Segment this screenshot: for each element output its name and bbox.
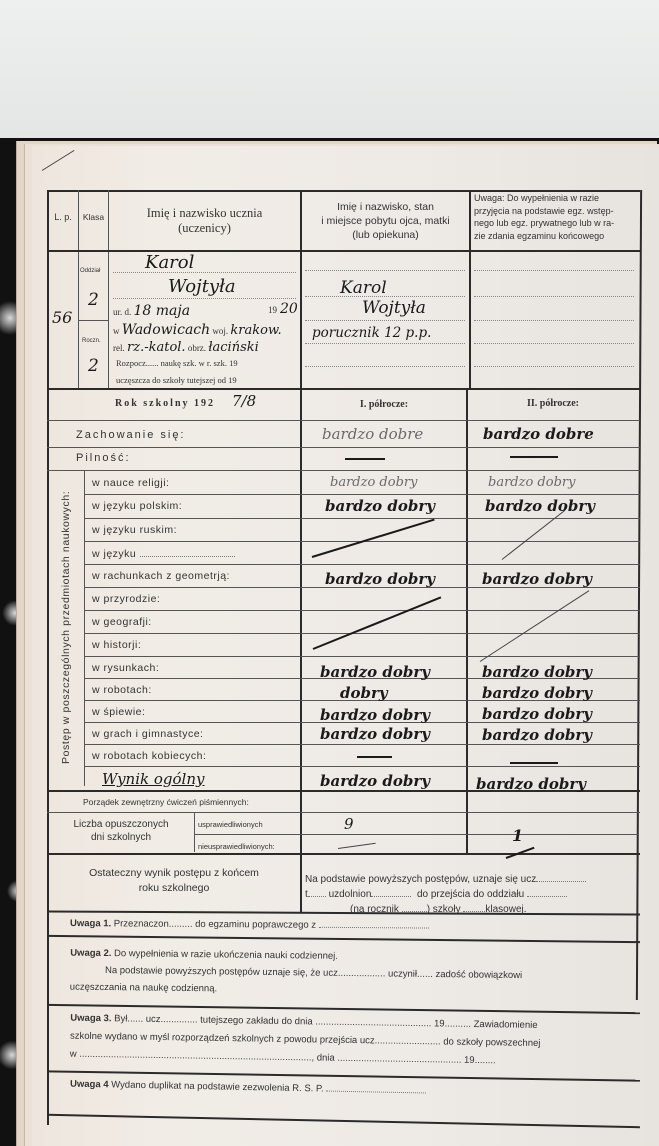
dotted-line <box>326 1082 426 1094</box>
diligence-label: Pilność: <box>76 452 131 464</box>
absences-label-line: dni szkolnych <box>48 831 194 844</box>
grade-polish-s1: bardzo dobry <box>325 497 435 515</box>
subject-religion: w nauce religji: <box>92 477 169 489</box>
justified-s2: 1 <box>512 826 523 845</box>
written-order-label: Porządek zewnętrzny ćwiczeń piśmiennych: <box>83 797 249 807</box>
final-label-line: Ostateczny wynik postępu z końcem <box>48 866 300 881</box>
dotted-line <box>463 902 485 912</box>
dotted-line <box>371 887 411 897</box>
birthplace: Wadowicach <box>122 322 210 338</box>
conduct-s2: bardzo dobre <box>483 425 594 443</box>
final-label-line: roku szkolnego <box>48 881 300 896</box>
header-note-line: przyjęcia na podstawie egz. wstęp- <box>474 205 638 218</box>
grade-arithmetic-s2: bardzo dobry <box>482 570 592 588</box>
student-first-name: Karol <box>145 252 194 273</box>
dotted-line <box>474 270 634 271</box>
grade-handicraft-s1: dobry <box>340 684 388 702</box>
dotted-line <box>402 902 427 912</box>
semester-2-header: II. półrocze: <box>468 398 638 409</box>
needlework-s2-dash <box>510 762 558 764</box>
subject-geography: w geografji: <box>92 616 152 628</box>
conduct-label: Zachowanie się: <box>76 429 186 441</box>
dotted-line <box>536 872 586 882</box>
header-parent-line: i miejsce pobytu ojca, matki <box>302 214 469 228</box>
final-text: Na podstawie powyższych postępów, uznaje… <box>305 872 638 917</box>
religion-line: rel. rz.-katol. obrz. łaciński <box>113 340 298 355</box>
note-1-text: Przeznaczon......... do egzaminu poprawc… <box>114 918 316 930</box>
justified-s1: 9 <box>344 815 354 833</box>
grade-arithmetic-s1: bardzo dobry <box>325 570 435 588</box>
header-student-name: Imię i nazwisko ucznia (uczenicy) <box>109 206 300 236</box>
subject-singing: w śpiewie: <box>92 706 145 718</box>
note-2-text: Do wypełnienia w razie ukończenia nauki … <box>114 948 338 962</box>
born-year-prefix: 19 <box>268 305 277 315</box>
final-text-line: Na podstawie powyższych postępów, uznaje… <box>305 874 536 885</box>
dotted-line <box>474 320 634 321</box>
parent-first-name: Karol <box>340 278 387 298</box>
birth-line: ur. d. 18 maja 19 20 <box>113 303 298 319</box>
grade-handicraft-s2: bardzo dobry <box>482 684 592 702</box>
final-text-part: (na rocznik <box>350 904 399 915</box>
needlework-s1-dash <box>357 756 392 758</box>
grade-polish-s2: bardzo dobry <box>485 497 595 515</box>
born-label: ur. d. <box>113 307 131 317</box>
dotted-line <box>308 887 326 897</box>
oddzial-value: 2 <box>88 290 99 310</box>
grade-drawing-s1: bardzo dobry <box>320 663 430 681</box>
student-last-name: Wojtyła <box>168 276 236 297</box>
diligence-s1-dash <box>345 458 385 460</box>
school-year-label: Rok szkolny 192 <box>115 398 215 409</box>
woj-label: woj. <box>212 326 228 336</box>
grade-gymnastics-s2: bardzo dobry <box>482 726 592 744</box>
rite-label: obrz. <box>188 343 206 353</box>
header-note-line: Uwaga: Do wypełnienia w razie <box>474 192 638 205</box>
rocznik-value: 2 <box>88 356 99 376</box>
header-klasa: Klasa <box>79 212 108 222</box>
religion-label: rel. <box>113 343 125 353</box>
header-student-name-line: Imię i nazwisko ucznia <box>109 206 300 221</box>
lp-number: 56 <box>52 308 72 327</box>
dotted-line <box>305 320 465 321</box>
dotted-line <box>527 887 567 897</box>
dotted-line <box>113 298 296 299</box>
religion: rz.-katol. <box>127 340 186 355</box>
dotted-line <box>113 272 296 273</box>
grade-drawing-s2: bardzo dobry <box>482 663 592 681</box>
grade-gymnastics-s1: bardzo dobry <box>320 725 430 743</box>
progress-vertical-label: Postęp w poszczególnych przedmiotach nau… <box>60 491 72 764</box>
place-label: w <box>113 326 120 336</box>
header-note: Uwaga: Do wypełnienia w razie przyjęcia … <box>474 192 638 242</box>
grade-overall-s1: bardzo dobry <box>320 772 430 790</box>
grade-religion-s1: bardzo dobry <box>330 475 417 490</box>
final-text-part: do przejścia do oddziału <box>417 889 524 900</box>
justified-label: usprawiedliwionych <box>198 820 263 829</box>
dotted-line <box>140 547 235 557</box>
header-lp: L. p. <box>48 212 78 222</box>
header-note-line: nego lub egz. prywatnego lub w ra- <box>474 217 638 230</box>
subject-drawing: w rysunkach: <box>92 662 159 674</box>
dotted-line <box>474 366 634 367</box>
rite: łaciński <box>208 340 258 355</box>
grade-overall-s2: bardzo dobry <box>476 775 586 793</box>
start-line: Rozpocz...... naukę szk. w r. szk. 19 <box>116 358 238 368</box>
note-1-title: Uwaga 1. <box>70 918 111 929</box>
born-year: 20 <box>280 301 298 317</box>
born-date: 18 maja <box>134 303 191 319</box>
semester-1-header: I. półrocze: <box>302 399 466 410</box>
voivodeship: krakow. <box>230 323 281 338</box>
subject-nature: w przyrodzie: <box>92 593 160 605</box>
final-text-part: ) szkoły <box>427 904 461 915</box>
subject-gymnastics: w grach i gimnastyce: <box>92 728 203 740</box>
attend-line: uczęszcza do szkoły tutejszej od 19 <box>116 375 237 385</box>
header-parent-line: Imię i nazwisko, stan <box>302 200 469 214</box>
absences-label-line: Liczba opuszczonych <box>48 818 194 831</box>
subject-language: w języku <box>92 547 235 560</box>
grade-religion-s2: bardzo dobry <box>488 475 575 490</box>
background-wall <box>0 0 659 140</box>
note-2-title: Uwaga 2. <box>70 948 111 960</box>
dotted-line <box>305 343 465 344</box>
subject-needlework: w robotach kobiecych: <box>92 750 206 762</box>
subject-history: w historji: <box>92 639 141 651</box>
grade-singing-s1: bardzo dobry <box>320 706 430 724</box>
note-2: Uwaga 2. Do wypełnienia w razie ukończen… <box>70 945 631 1003</box>
final-label: Ostateczny wynik postępu z końcem roku s… <box>48 866 300 896</box>
header-parent: Imię i nazwisko, stan i miejsce pobytu o… <box>302 200 469 242</box>
dotted-line <box>305 366 465 367</box>
final-text-part: klasowej. <box>485 904 526 915</box>
rocznik-label: Roczn. <box>82 338 101 344</box>
dotted-line <box>305 270 465 271</box>
subject-language-label: w języku <box>92 548 136 560</box>
note-4-title: Uwaga 4 <box>70 1079 109 1091</box>
birthplace-line: w Wadowicach woj. krakow. <box>113 322 298 338</box>
header-parent-line: (lub opiekuna) <box>302 228 469 242</box>
subject-ruthenian: w języku ruskim: <box>92 524 177 536</box>
final-text-part: uzdolnion <box>329 889 372 900</box>
conduct-s1: bardzo dobre <box>322 425 423 443</box>
parent-occupation: porucznik 12 p.p. <box>312 325 431 341</box>
dotted-line <box>319 918 429 929</box>
parent-last-name: Wojtyła <box>362 298 426 318</box>
oddzial-label: Oddział <box>80 268 100 274</box>
note-3: Uwaga 3. Był...... ucz.............. tut… <box>70 1010 631 1073</box>
absences-label: Liczba opuszczonych dni szkolnych <box>48 818 194 844</box>
dotted-line <box>474 343 634 344</box>
school-year-value: 7/8 <box>232 392 256 410</box>
dotted-line <box>474 296 634 297</box>
note-3-title: Uwaga 3. <box>70 1013 111 1025</box>
grade-singing-s2: bardzo dobry <box>482 705 592 723</box>
header-student-name-sub: (uczenicy) <box>109 221 300 236</box>
diligence-s2-dash <box>510 456 558 458</box>
subject-arithmetic: w rachunkach z geometrją: <box>92 570 230 582</box>
subject-polish: w języku polskim: <box>92 500 182 512</box>
overall-label: Wynik ogólny <box>102 770 204 788</box>
header-note-line: zie zdania egzaminu końcowego <box>474 230 638 243</box>
unjustified-label: nieusprawiedliwionych: <box>198 842 275 851</box>
note-3-text: Był...... ucz.............. tutejszego z… <box>114 1013 538 1031</box>
subject-handicraft: w robotach: <box>92 684 152 696</box>
